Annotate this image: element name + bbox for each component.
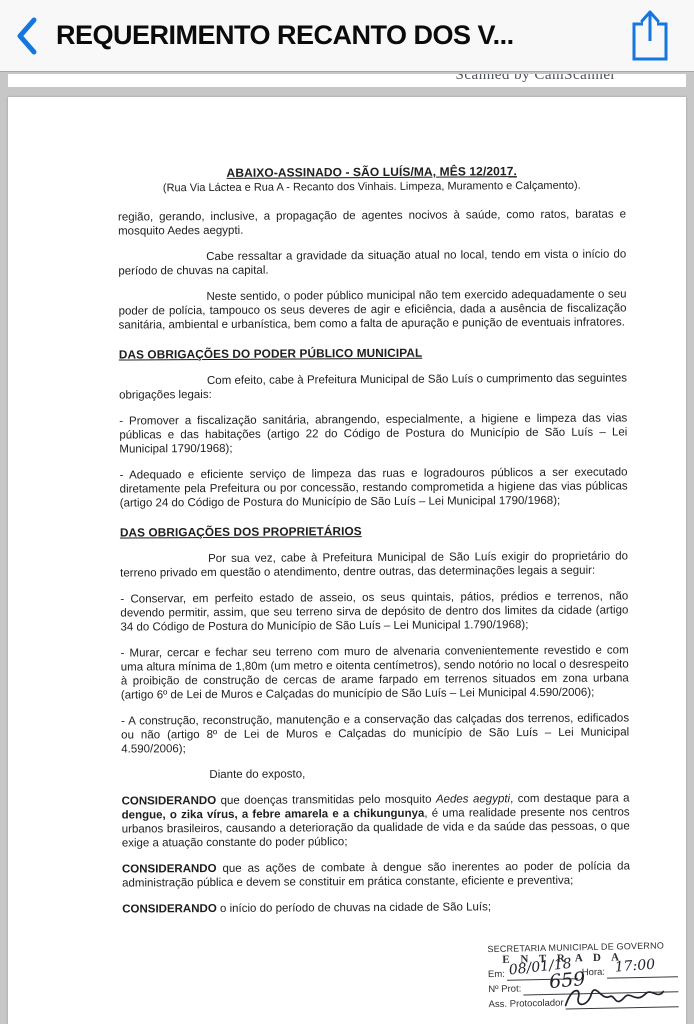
stamp-em-label: Em: xyxy=(488,969,505,981)
doc-para: CONSIDERANDO o início do período de chuv… xyxy=(122,899,630,916)
doc-title: ABAIXO-ASSINADO - SÃO LUÍS/MA, MÊS 12/20… xyxy=(118,163,626,180)
stamp-ass-label: Ass. Protocolador xyxy=(488,998,563,1012)
entry-stamp: SECRETARIA MUNICIPAL DE GOVERNO E N T R … xyxy=(487,940,686,1011)
nav-bar: REQUERIMENTO RECANTO DOS V... xyxy=(0,0,694,72)
doc-para: Neste sentido, o poder público municipal… xyxy=(118,287,626,332)
stamp-prot-label: Nº Prot: xyxy=(488,983,521,996)
doc-para: - Murar, cercar e fechar seu terreno com… xyxy=(121,643,629,702)
page-title: REQUERIMENTO RECANTO DOS V... xyxy=(56,20,624,51)
doc-para: Com efeito, cabe à Prefeitura Municipal … xyxy=(119,371,627,402)
protocol-signature-scribble xyxy=(561,981,666,1013)
share-icon xyxy=(627,8,673,64)
doc-para: Por sua vez, cabe à Prefeitura Municipal… xyxy=(120,549,628,580)
doc-para: Diante do exposto, xyxy=(121,765,629,782)
doc-para: CONSIDERANDO que as ações de combate à d… xyxy=(122,859,630,890)
doc-para: CONSIDERANDO que doenças transmitidas pe… xyxy=(122,791,630,850)
share-button[interactable] xyxy=(624,6,676,66)
doc-heading: DAS OBRIGAÇÕES DO PODER PÚBLICO MUNICIPA… xyxy=(119,344,627,361)
document-page: ABAIXO-ASSINADO - SÃO LUÍS/MA, MÊS 12/20… xyxy=(8,97,686,1024)
doc-subtitle: (Rua Via Láctea e Rua A - Recanto dos Vi… xyxy=(118,179,626,194)
back-button[interactable] xyxy=(10,14,44,58)
document-content: ABAIXO-ASSINADO - SÃO LUÍS/MA, MÊS 12/20… xyxy=(118,163,631,928)
chevron-left-icon xyxy=(15,16,39,56)
doc-para: - A construção, reconstrução, manutenção… xyxy=(121,711,629,756)
camscanner-watermark: Scanned by CamScanner xyxy=(456,74,616,84)
doc-para: região, gerando, inclusive, a propagação… xyxy=(118,207,626,238)
stamp-time-value: 17:00 xyxy=(614,957,655,976)
doc-para: - Adequado e eficiente serviço de limpez… xyxy=(120,465,628,510)
stamp-signature-row: Ass. Protocolador xyxy=(488,995,678,1011)
doc-para: - Promover a fiscalização sanitária, abr… xyxy=(119,411,627,456)
doc-para: - Conservar, em perfeito estado de assei… xyxy=(120,589,628,634)
doc-para: Cabe ressaltar a gravidade da situação a… xyxy=(118,247,626,278)
document-scroll-area[interactable]: Scanned by CamScanner ABAIXO-ASSINADO - … xyxy=(0,73,694,1024)
doc-heading: DAS OBRIGAÇÕES DOS PROPRIETÁRIOS xyxy=(120,522,628,539)
previous-page-fragment: Scanned by CamScanner xyxy=(8,74,686,87)
stamp-time-line: 17:00 xyxy=(607,965,678,978)
stamp-signature-line xyxy=(565,995,678,1009)
